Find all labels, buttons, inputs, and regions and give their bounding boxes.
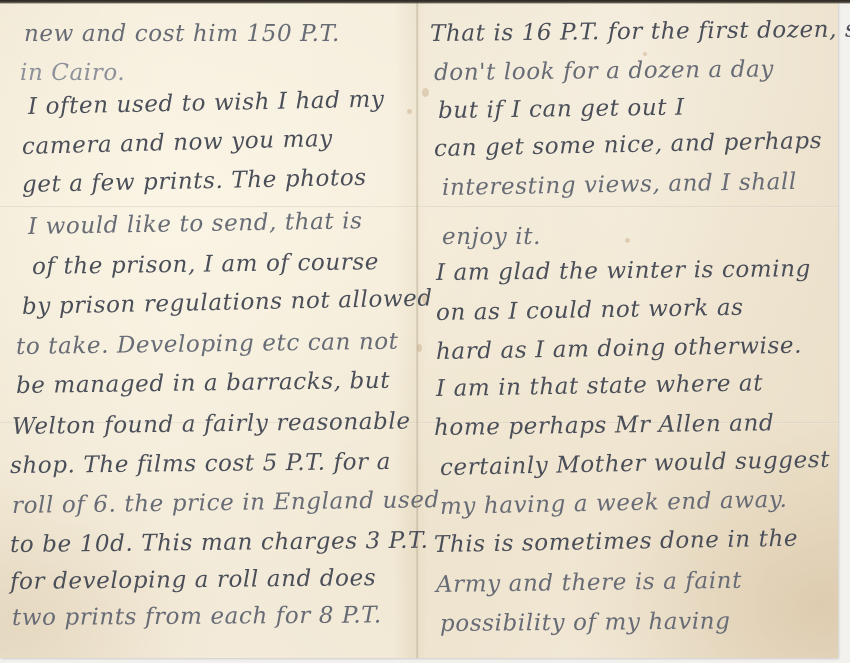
handwritten-line: home perhaps Mr Allen and (434, 410, 775, 441)
handwritten-line: certainly Mother would suggest (440, 447, 831, 481)
handwritten-line: I would like to send, that is (28, 208, 363, 240)
handwritten-line: I am glad the winter is coming (436, 256, 811, 286)
handwritten-line: possibility of my having (440, 608, 731, 637)
handwritten-line: I often used to wish I had my (28, 87, 385, 120)
scan-top-edge (0, 0, 850, 4)
handwritten-line: roll of 6. the price in England used (12, 487, 440, 519)
handwritten-line: hard as I am doing otherwise. (436, 333, 802, 365)
handwritten-line: Welton found a fairly reasonable (12, 408, 411, 440)
handwritten-line: to take. Developing etc can not (16, 329, 399, 360)
handwritten-line: on as I could not work as (436, 295, 744, 326)
handwritten-line: shop. The films cost 5 P.T. for a (10, 449, 391, 479)
vertical-fold-crease (416, 2, 419, 658)
handwritten-line: interesting views, and I shall (442, 169, 797, 201)
handwritten-line: but if I can get out I (438, 95, 685, 124)
handwritten-line: for developing a roll and does (10, 565, 376, 595)
handwritten-line: be managed in a barracks, but (16, 368, 390, 399)
letter-page-right: That is 16 P.T. for the first dozen, so … (420, 2, 838, 658)
handwritten-line: camera and now you may (22, 126, 334, 160)
handwritten-line: This is sometimes done in the (434, 526, 799, 558)
scanned-letter: new and cost him 150 P.T. in Cairo. I of… (0, 0, 850, 663)
handwritten-line: That is 16 P.T. for the first dozen, so (430, 16, 850, 47)
handwritten-line: enjoy it. (442, 224, 541, 250)
handwritten-line: get a few prints. The photos (22, 165, 367, 198)
letter-page-left: new and cost him 150 P.T. in Cairo. I of… (0, 2, 416, 658)
handwritten-line: of the prison, I am of course (32, 249, 379, 280)
handwritten-line: can get some nice, and perhaps (434, 128, 823, 162)
handwritten-line: Army and there is a faint (436, 568, 742, 598)
handwritten-line: I am in that state where at (436, 370, 764, 402)
handwritten-line: by prison regulations not allowed (22, 285, 433, 320)
letter-sheet: new and cost him 150 P.T. in Cairo. I of… (0, 2, 838, 658)
handwritten-line: two prints from each for 8 P.T. (12, 602, 382, 631)
handwritten-line: don't look for a dozen a day (434, 56, 774, 86)
handwritten-line: my having a week end away. (440, 487, 788, 520)
handwritten-line: new and cost him 150 P.T. (24, 21, 340, 47)
handwritten-line: in Cairo. (20, 60, 125, 86)
handwritten-line: to be 10d. This man charges 3 P.T. (10, 528, 429, 558)
